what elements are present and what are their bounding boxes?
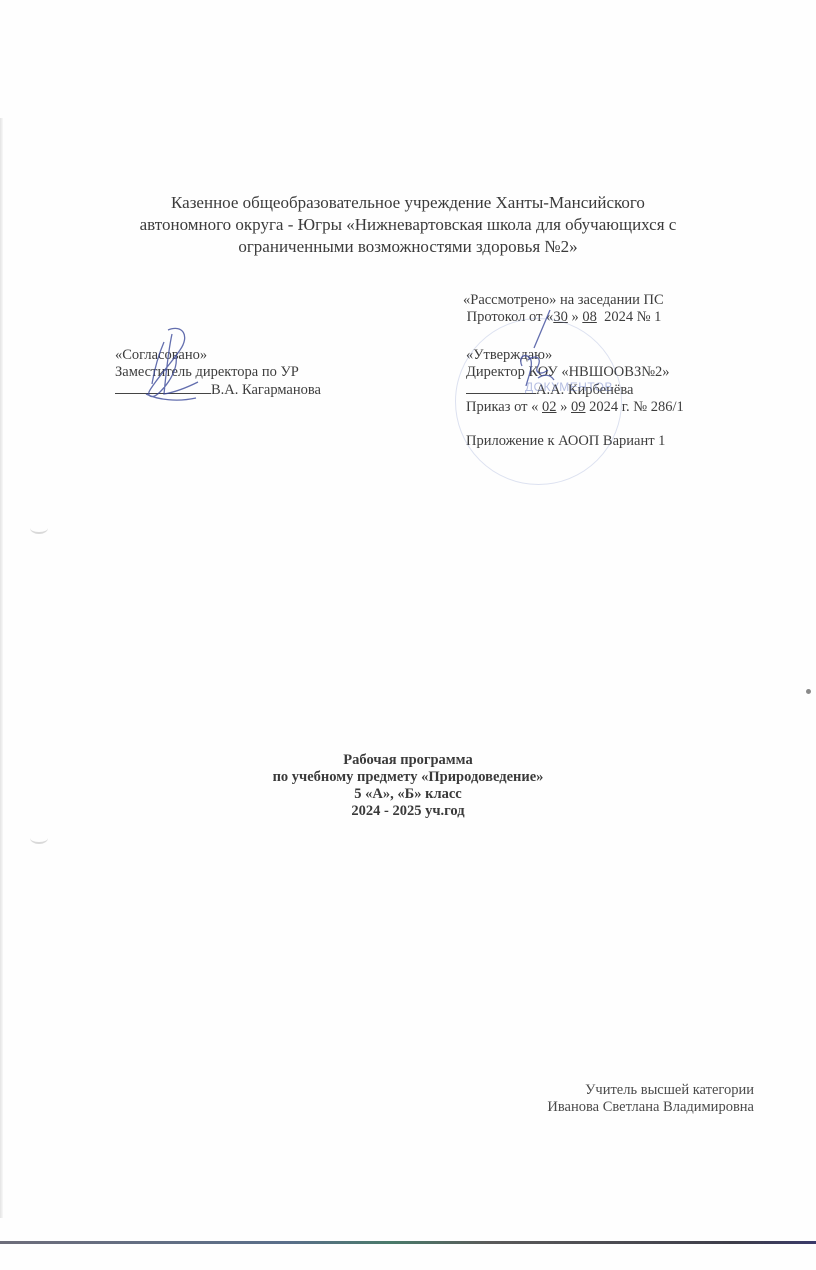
approved-position: Директор КОУ «НВШООВЗ№2» — [466, 364, 684, 381]
stamp-text: ДОКУМЕНТОВ — [525, 380, 613, 394]
program-subject: по учебному предмету «Природоведение» — [0, 769, 816, 786]
reviewed-protocol: Протокол от «30 » 08 2024 № 1 — [463, 309, 664, 326]
page-left-edge — [0, 118, 3, 1218]
order-day: 02 — [542, 399, 557, 415]
teacher-name: Иванова Светлана Владимировна — [547, 1099, 754, 1116]
punch-hole-mark — [30, 832, 48, 844]
punch-hole-mark — [30, 522, 48, 534]
order-sep: » — [557, 399, 572, 415]
protocol-day: 30 — [553, 309, 568, 325]
bottom-rule — [0, 1241, 816, 1244]
program-grade: 5 «А», «Б» класс — [0, 786, 816, 803]
teacher-block: Учитель высшей категории Иванова Светлан… — [547, 1082, 754, 1116]
agreed-position: Заместитель директора по УР — [115, 364, 321, 381]
scan-dot-mark — [806, 689, 811, 694]
signature-underline — [115, 381, 211, 394]
program-year: 2024 - 2025 уч.год — [0, 803, 816, 820]
protocol-prefix: Протокол от « — [467, 309, 554, 325]
agreed-name: В.А. Кагарманова — [211, 382, 321, 398]
reviewed-block: «Рассмотрено» на заседании ПС Протокол о… — [463, 292, 664, 326]
protocol-sep: » — [568, 309, 583, 325]
approved-block: «Утверждаю» Директор КОУ «НВШООВЗ№2» А.А… — [466, 347, 684, 450]
organization-line: автономного округа - Югры «Нижневартовск… — [0, 214, 816, 236]
teacher-category: Учитель высшей категории — [547, 1082, 754, 1099]
approved-order: Приказ от « 02 » 09 2024 г. № 286/1 — [466, 399, 684, 416]
agreed-label: «Согласовано» — [115, 347, 321, 364]
protocol-month: 08 — [582, 309, 597, 325]
approved-appendix: Приложение к АООП Вариант 1 — [466, 433, 684, 450]
organization-header: Казенное общеобразовательное учреждение … — [0, 192, 816, 258]
program-title-block: Рабочая программа по учебному предмету «… — [0, 752, 816, 820]
protocol-year-number: 2024 № 1 — [597, 309, 662, 325]
agreed-signature-line: В.А. Кагарманова — [115, 381, 321, 399]
reviewed-label: «Рассмотрено» на заседании ПС — [463, 292, 664, 309]
organization-line: Казенное общеобразовательное учреждение … — [0, 192, 816, 214]
order-suffix: 2024 г. № 286/1 — [586, 399, 684, 415]
order-prefix: Приказ от « — [466, 399, 542, 415]
organization-line: ограниченными возможностями здоровья №2» — [0, 236, 816, 258]
approved-label: «Утверждаю» — [466, 347, 684, 364]
agreed-block: «Согласовано» Заместитель директора по У… — [115, 347, 321, 399]
program-title: Рабочая программа — [0, 752, 816, 769]
document-page: Казенное общеобразовательное учреждение … — [0, 0, 816, 1270]
order-month: 09 — [571, 399, 586, 415]
